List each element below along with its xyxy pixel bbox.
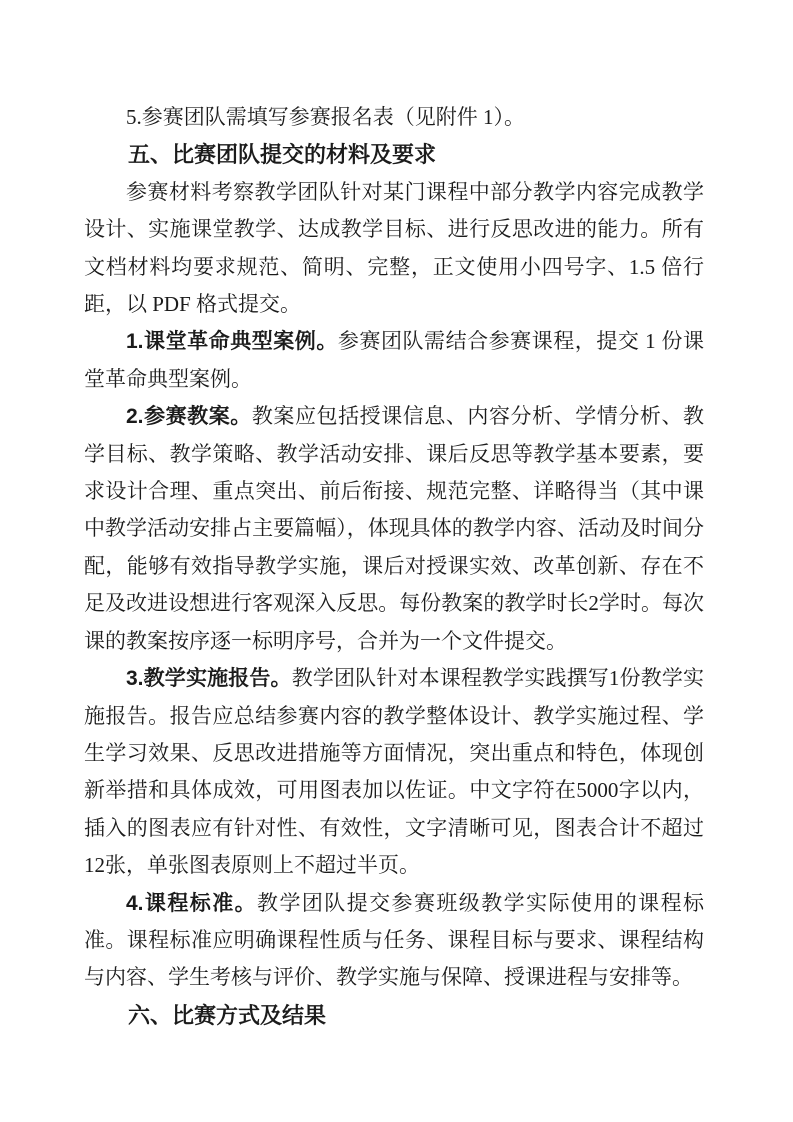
section-heading: 五、比赛团队提交的材料及要求	[84, 136, 704, 173]
document-body: 5.参赛团队需填写参赛报名表（见附件 1）。五、比赛团队提交的材料及要求参赛材料…	[84, 99, 704, 1034]
text-run: 教案应包括授课信息、内容分析、学情分析、教学目标、教学策略、教学活动安排、课后反…	[84, 404, 704, 652]
paragraph: 2.参赛教案。教案应包括授课信息、内容分析、学情分析、教学目标、教学策略、教学活…	[84, 398, 704, 660]
text-run: 教学团队针对本课程教学实践撰写1份教学实施报告。报告应总结参赛内容的教学整体设计…	[84, 666, 704, 877]
paragraph: 4.课程标准。教学团队提交参赛班级教学实际使用的课程标准。课程标准应明确课程性质…	[84, 885, 704, 997]
paragraph: 3.教学实施报告。教学团队针对本课程教学实践撰写1份教学实施报告。报告应总结参赛…	[84, 660, 704, 884]
bold-text-run: 六、比赛方式及结果	[128, 1003, 326, 1028]
bold-text-run: 1.课堂革命典型案例。	[126, 330, 338, 353]
bold-text-run: 4.课程标准。	[126, 892, 257, 915]
text-run: 参赛材料考察教学团队针对某门课程中部分教学内容完成教学设计、实施课堂教学、达成教…	[84, 180, 704, 316]
paragraph: 1.课堂革命典型案例。参赛团队需结合参赛课程，提交 1 份课堂革命典型案例。	[84, 323, 704, 398]
section-heading: 六、比赛方式及结果	[84, 997, 704, 1034]
bold-text-run: 五、比赛团队提交的材料及要求	[128, 142, 436, 167]
text-run: 5.参赛团队需填写参赛报名表（见附件 1）。	[126, 105, 525, 129]
bold-text-run: 3.教学实施报告。	[126, 667, 292, 690]
paragraph: 参赛材料考察教学团队针对某门课程中部分教学内容完成教学设计、实施课堂教学、达成教…	[84, 174, 704, 324]
paragraph: 5.参赛团队需填写参赛报名表（见附件 1）。	[84, 99, 704, 136]
bold-text-run: 2.参赛教案。	[126, 405, 252, 428]
document-page: 5.参赛团队需填写参赛报名表（见附件 1）。五、比赛团队提交的材料及要求参赛材料…	[0, 0, 793, 1122]
